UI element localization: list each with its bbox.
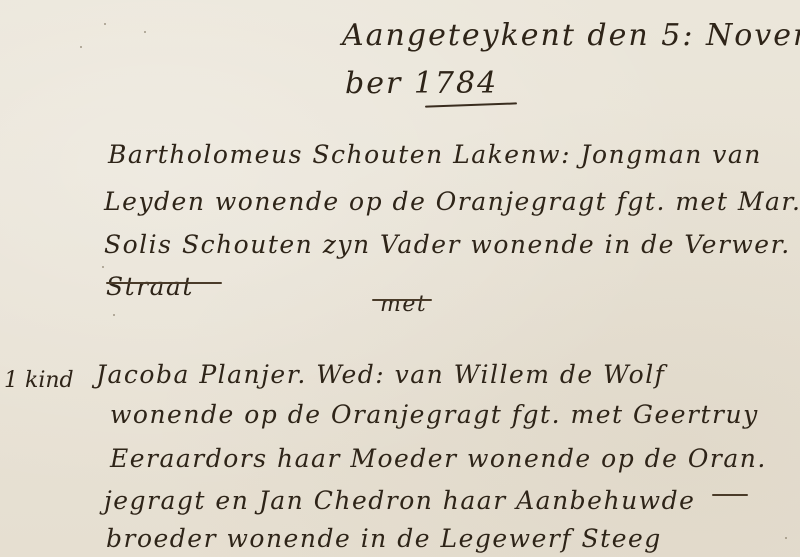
paper-speck — [104, 23, 106, 25]
bride-entry-line-5: broeder wonende in de Legewerf Steeg — [106, 524, 662, 553]
bride-entry-line-1: Jacoba Planjer. Wed: van Willem de Wolf — [96, 360, 665, 389]
bride-entry-line-3: Eeraardors haar Moeder wonende op de Ora… — [110, 444, 767, 473]
groom-entry-line-4: Straat — [106, 272, 194, 301]
heading-underline — [425, 102, 517, 107]
separator-met: met — [380, 292, 427, 317]
paper-speck — [785, 537, 787, 539]
groom-entry-line-3: Solis Schouten zyn Vader wonende in de V… — [104, 230, 791, 259]
line-end-dash — [712, 494, 748, 496]
margin-note-children: 1 kind — [4, 368, 74, 393]
paper-speck — [113, 314, 115, 316]
groom-entry-line-1: Bartholomeus Schouten Lakenw: Jongman va… — [108, 140, 762, 169]
entry-date-heading-line-1: Aangeteykent den 5: Novem — [342, 18, 800, 53]
manuscript-page: Aangeteykent den 5: Novem ber 1784 Barth… — [0, 0, 800, 557]
paper-speck — [80, 46, 82, 48]
paper-speck — [144, 31, 146, 33]
separator-stroke — [372, 299, 432, 301]
straat-overline-stroke — [106, 282, 222, 284]
paper-speck — [102, 266, 104, 268]
bride-entry-line-4: jegragt en Jan Chedron haar Aanbehuwde — [104, 486, 695, 515]
groom-entry-line-2: Leyden wonende op de Oranjegragt fgt. me… — [104, 187, 800, 216]
bride-entry-line-2: wonende op de Oranjegragt fgt. met Geert… — [110, 400, 759, 429]
entry-date-heading-line-2: ber 1784 — [345, 66, 498, 101]
